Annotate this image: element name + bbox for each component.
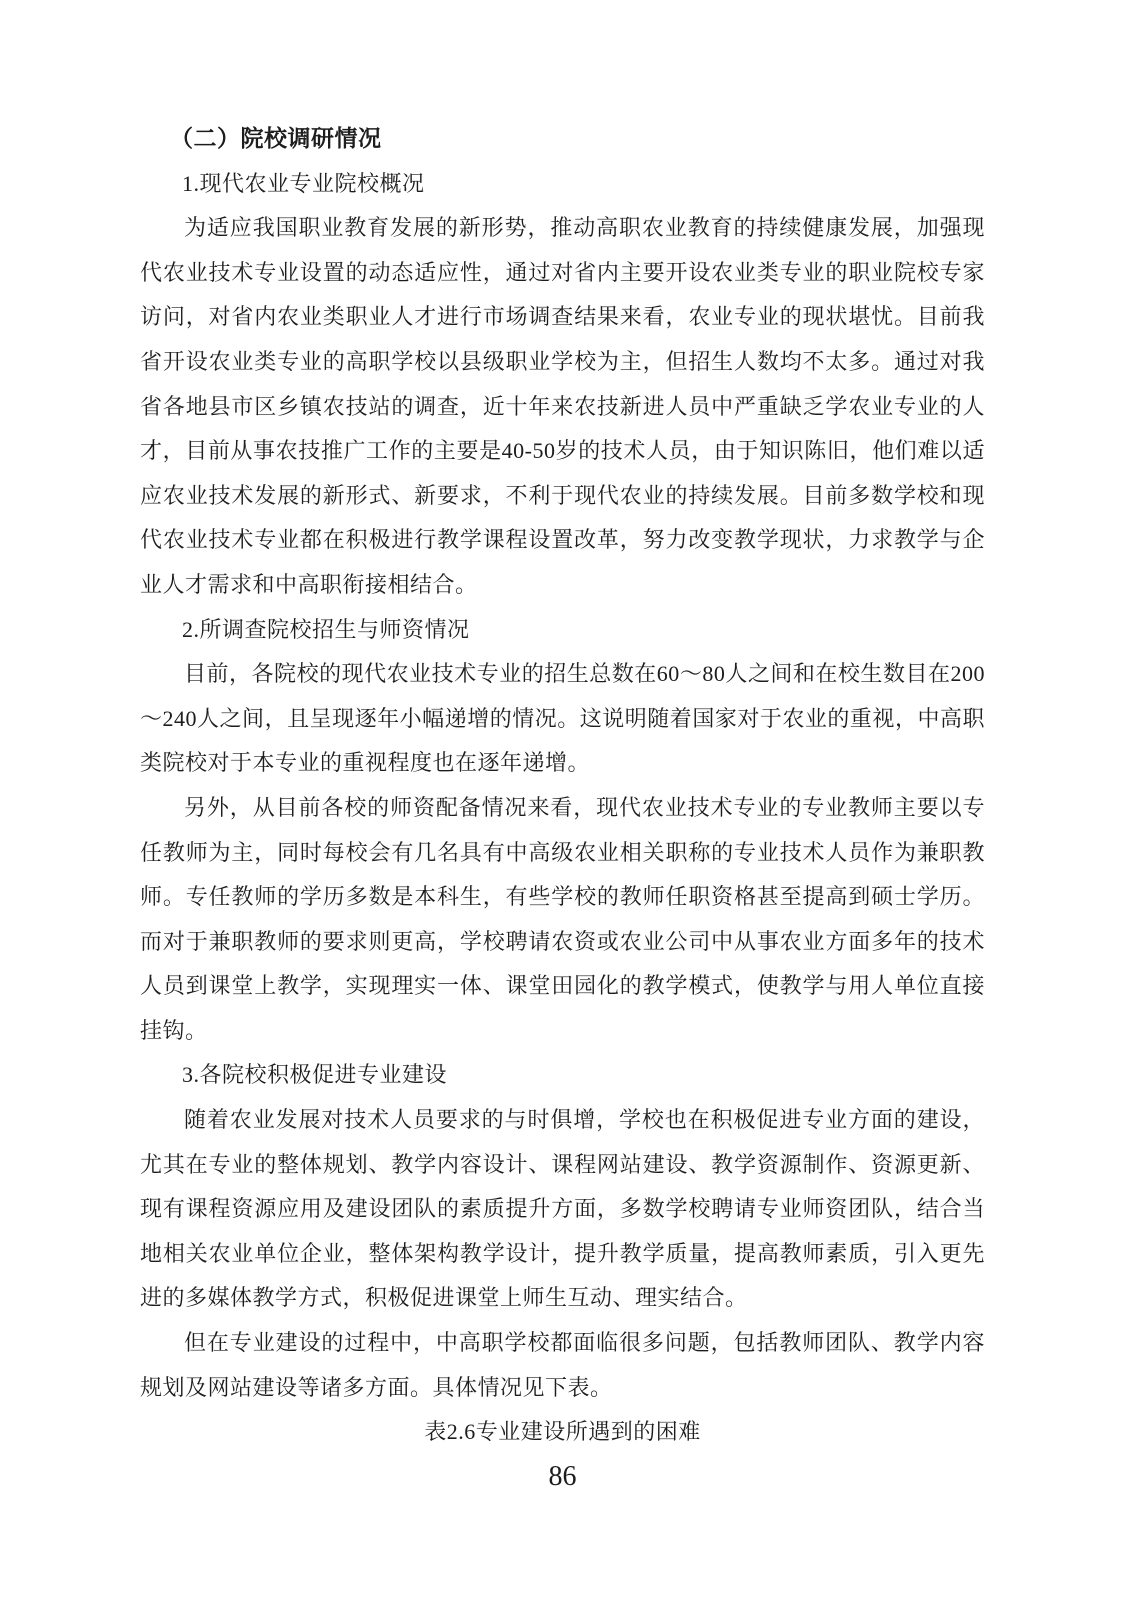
section-heading: （二）院校调研情况 <box>140 117 985 162</box>
document-page: （二）院校调研情况 1.现代农业专业院校概况 为适应我国职业教育发展的新形势，推… <box>0 0 1131 1600</box>
paragraph-construction: 随着农业发展对技术人员要求的与时俱增，学校也在积极促进专业方面的建设，尤其在专业… <box>140 1098 985 1321</box>
subsection-title-1: 1.现代农业专业院校概况 <box>140 162 985 207</box>
subsection-title-3: 3.各院校积极促进专业建设 <box>140 1053 985 1098</box>
subsection-title-2: 2.所调查院校招生与师资情况 <box>140 608 985 653</box>
page-number: 86 <box>140 1455 985 1500</box>
table-caption: 表2.6专业建设所遇到的困难 <box>140 1410 985 1455</box>
paragraph-enrollment: 目前，各院校的现代农业技术专业的招生总数在60～80人之间和在校生数目在200～… <box>140 652 985 786</box>
paragraph-faculty: 另外，从目前各校的师资配备情况来看，现代农业技术专业的专业教师主要以专任教师为主… <box>140 786 985 1054</box>
paragraph-problems: 但在专业建设的过程中，中高职学校都面临很多问题，包括教师团队、教学内容规划及网站… <box>140 1321 985 1410</box>
paragraph-overview: 为适应我国职业教育发展的新形势，推动高职农业教育的持续健康发展，加强现代农业技术… <box>140 206 985 607</box>
